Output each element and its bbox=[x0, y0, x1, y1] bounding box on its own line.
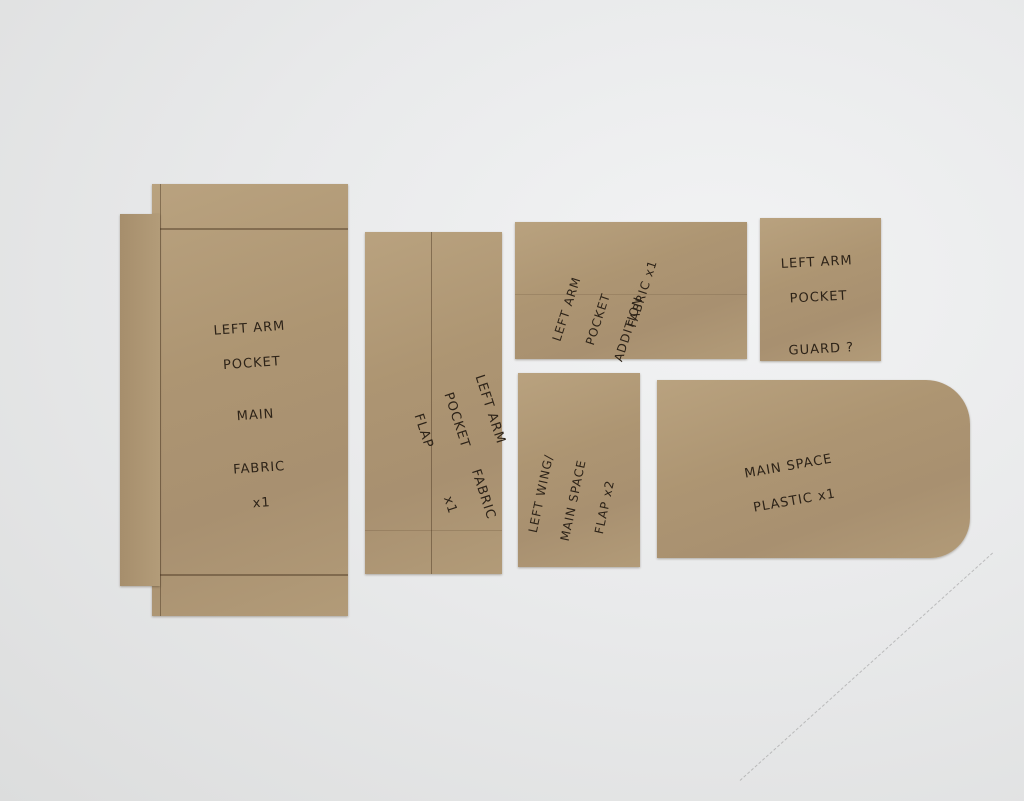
label-text: x1 bbox=[440, 494, 460, 516]
label-text: LEFT ARM bbox=[213, 318, 286, 338]
piece-label: LEFT ARM POCKET MAIN FABRIC x1 bbox=[193, 298, 317, 516]
label-text: MAIN SPACE bbox=[557, 458, 588, 542]
label-text: POCKET bbox=[789, 288, 848, 306]
pattern-piece-side-tab bbox=[120, 214, 160, 586]
label-text: MAIN SPACE bbox=[743, 451, 833, 481]
label-text: POCKET bbox=[441, 390, 473, 450]
label-text: POCKET bbox=[223, 354, 282, 373]
label-text: x1 bbox=[252, 495, 271, 511]
label-text: LEFT ARM bbox=[472, 373, 508, 446]
label-text: LEFT ARM bbox=[550, 275, 584, 343]
label-text: FABRIC bbox=[468, 467, 498, 521]
label-text: LEFT WING/ bbox=[526, 453, 556, 534]
label-text: MAIN bbox=[236, 407, 275, 425]
label-text: GUARD ? bbox=[788, 341, 854, 359]
label-text: FABRIC bbox=[233, 459, 286, 478]
label-text: LEFT ARM bbox=[780, 253, 853, 272]
photo-scene: LEFT ARM POCKET MAIN FABRIC x1 LEFT ARM … bbox=[0, 0, 1024, 801]
background-dotted-line bbox=[740, 553, 993, 781]
